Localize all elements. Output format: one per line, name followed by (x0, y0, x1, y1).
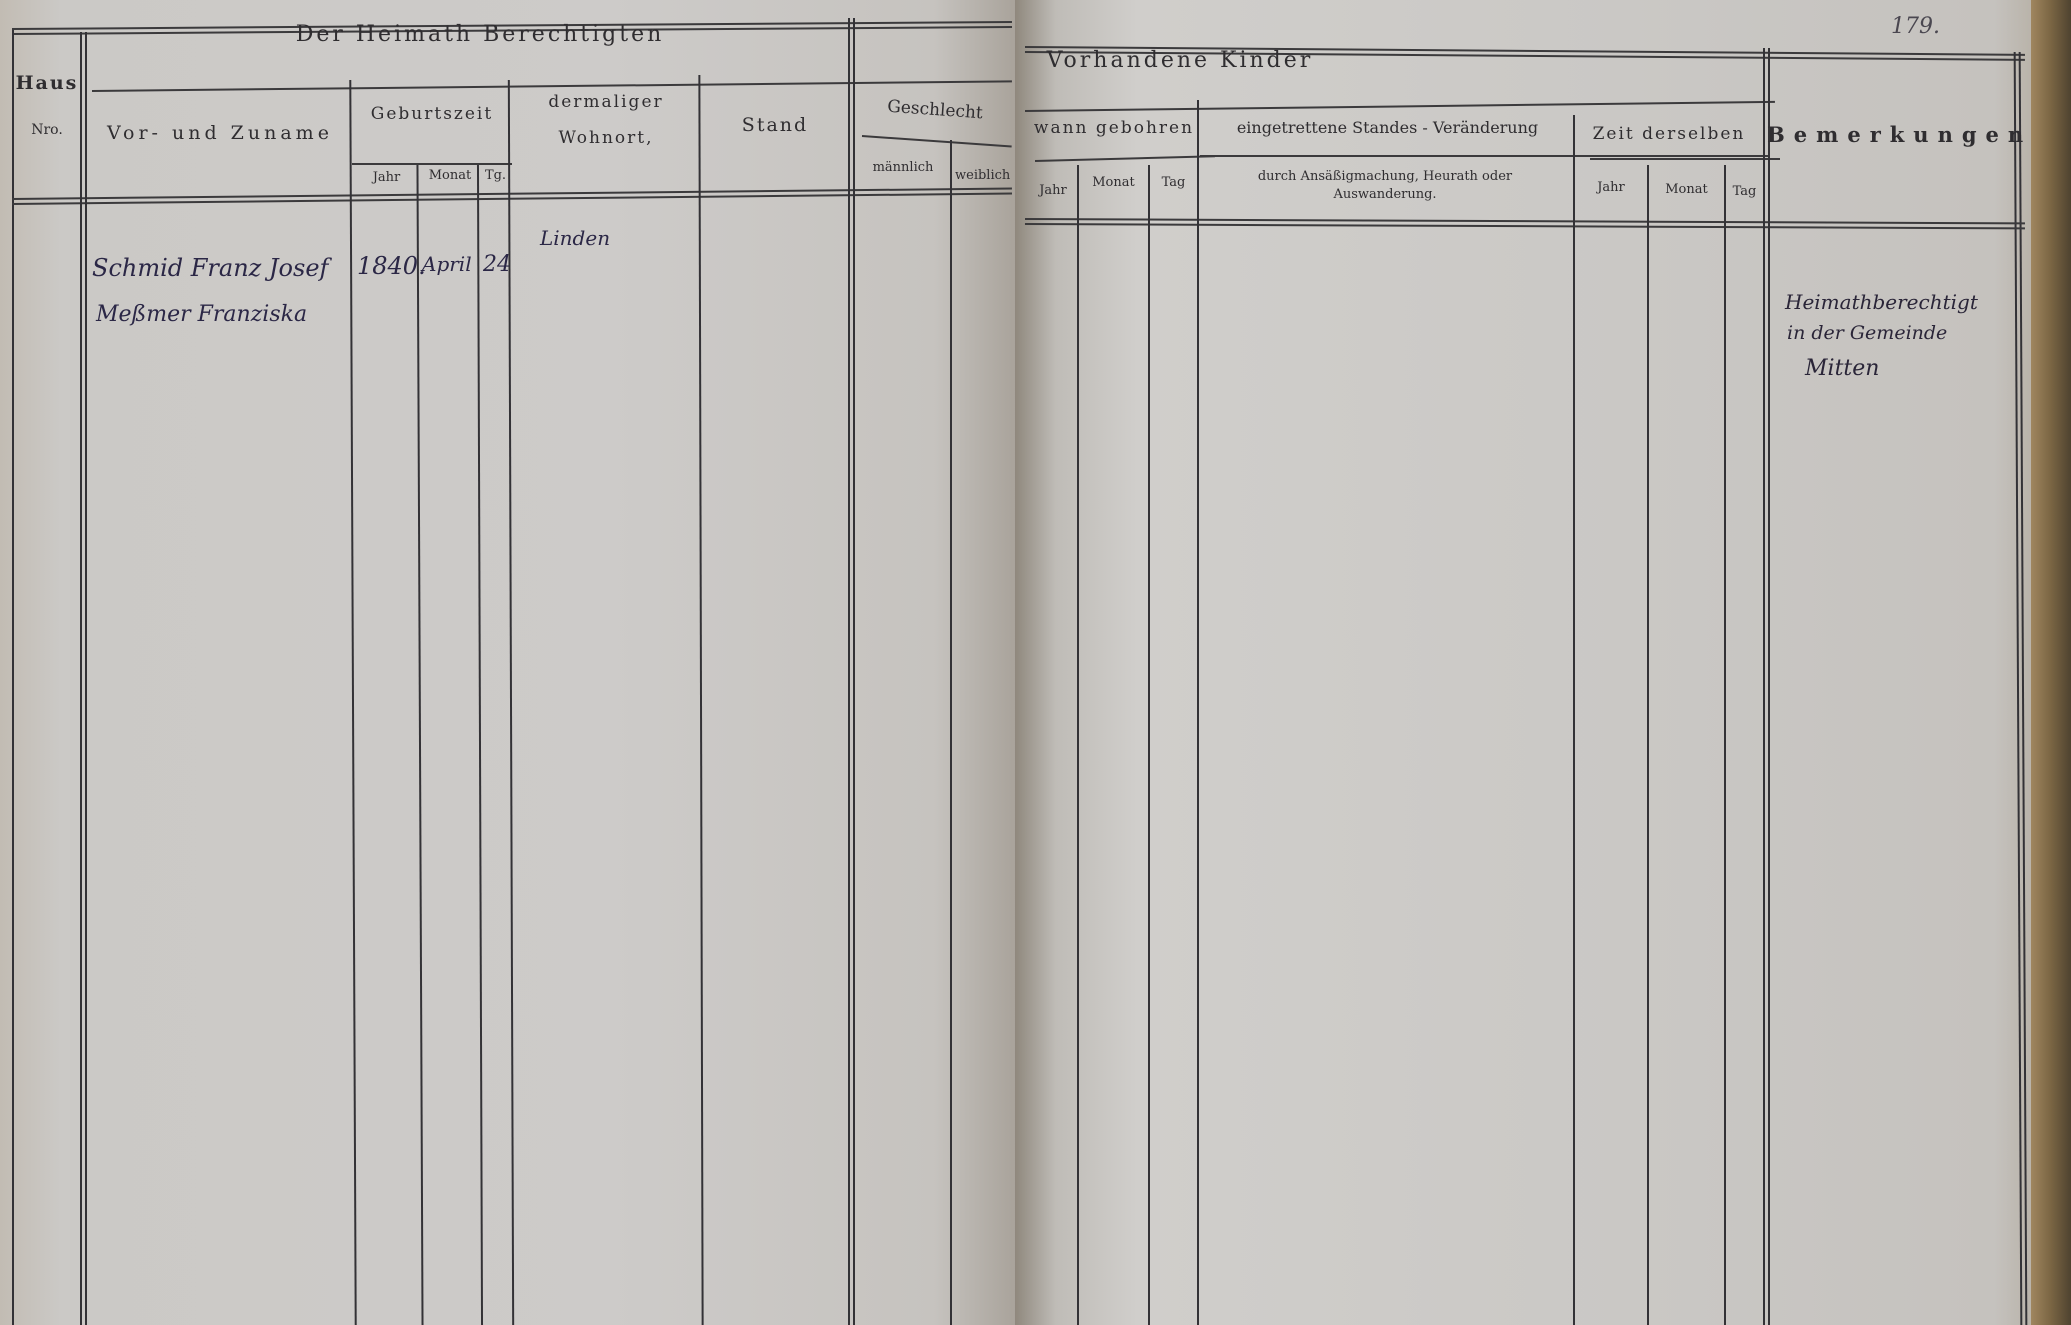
header-dermaliger: dermaliger (512, 92, 700, 112)
header-geburtszeit: Geburtszeit (354, 104, 510, 124)
left-border (12, 30, 14, 1325)
header-veraenderung-sub: durch Ansäßigmachung, Heurath oder Auswa… (1255, 168, 1515, 204)
col-line-jahr (416, 165, 423, 1325)
header-name: Vor- und Zuname (90, 122, 350, 144)
book-edge (2031, 0, 2071, 1325)
header-geburt-tag: Tg. (481, 168, 510, 183)
header-rule (92, 80, 1012, 92)
entry-wohnort: Linden (540, 226, 610, 250)
col-line-monat (1148, 165, 1150, 1325)
header-bottom-rule (1025, 218, 2025, 224)
header-bemerkungen: Bemerkungen. (1767, 122, 2017, 147)
group-header-vorhandene-kinder: Vorhandene Kinder (1015, 48, 1345, 73)
entry-birth-month: April (422, 252, 472, 276)
geburtszeit-subrule (352, 163, 512, 165)
col-line-veraenderung (1573, 115, 1575, 1325)
header-maennlich: männlich (858, 160, 948, 175)
remark-line2: in der Gemeinde (1787, 322, 1947, 344)
right-page: 179. Vorhandene Kinder wann gebohren Jah… (1015, 0, 2035, 1325)
remark-line1: Heimathberechtigt (1785, 290, 1978, 314)
entry-birth-year: 1840. (357, 252, 426, 280)
entry-name-line2: Meßmer Franziska (96, 302, 307, 327)
left-page: Der Heimath Berechtigten Haus Nro. Vor- … (0, 0, 1015, 1325)
header-geschlecht: Geschlecht (859, 95, 1010, 125)
header-veraenderung: eingetrettene Standes - Veränderung (1205, 118, 1570, 137)
header-rule (1025, 101, 1775, 112)
col-line-tag (1197, 100, 1199, 1325)
col-line-bemerkungen (1763, 48, 1765, 1325)
zeit-subrule (1590, 158, 1780, 160)
header-wann-gebohren: wann gebohren (1029, 118, 1199, 138)
header-zeit-derselben: Zeit derselben (1575, 124, 1763, 144)
page-number: 179. (1891, 14, 1940, 39)
col-line-haus (80, 32, 82, 1325)
header-bottom-rule (12, 188, 1012, 200)
col-line-maennlich (950, 140, 952, 1325)
col-line-jahr (1077, 165, 1079, 1325)
header-zeit-monat: Monat (1649, 182, 1724, 197)
wann-subrule (1035, 155, 1215, 162)
col-line-zeit-jahr (1647, 165, 1649, 1325)
right-border (2014, 52, 2023, 1325)
veraenderung-subrule (1200, 155, 1770, 157)
header-zeit-tag: Tag (1726, 184, 1763, 199)
header-geburt-jahr: Jahr (354, 170, 419, 185)
header-wann-monat: Monat (1079, 175, 1148, 190)
header-geburt-monat: Monat (421, 168, 479, 183)
header-haus: Haus (14, 72, 80, 94)
remark-line3: Mitten (1805, 356, 1879, 381)
header-wohnort: Wohnort, (512, 128, 700, 148)
col-line-zeit-monat (1724, 165, 1726, 1325)
col-line-monat (477, 165, 483, 1325)
col-line-stand (848, 18, 850, 1325)
entry-birth-day: 24 (483, 252, 511, 277)
col-line-wohnort (698, 75, 703, 1325)
geschlecht-subrule (862, 135, 1012, 147)
header-wann-jahr: Jahr (1029, 183, 1077, 198)
header-zeit-jahr: Jahr (1575, 180, 1647, 195)
entry-name-line1: Schmid Franz Josef (92, 254, 328, 282)
header-nro: Nro. (14, 122, 80, 138)
group-header-heimath-berechtigten: Der Heimath Berechtigten (270, 22, 690, 47)
header-weiblich: weiblich (955, 168, 1010, 183)
header-wann-tag: Tag (1150, 175, 1197, 190)
header-stand: Stand (702, 114, 848, 136)
col-line-name (349, 80, 356, 1325)
